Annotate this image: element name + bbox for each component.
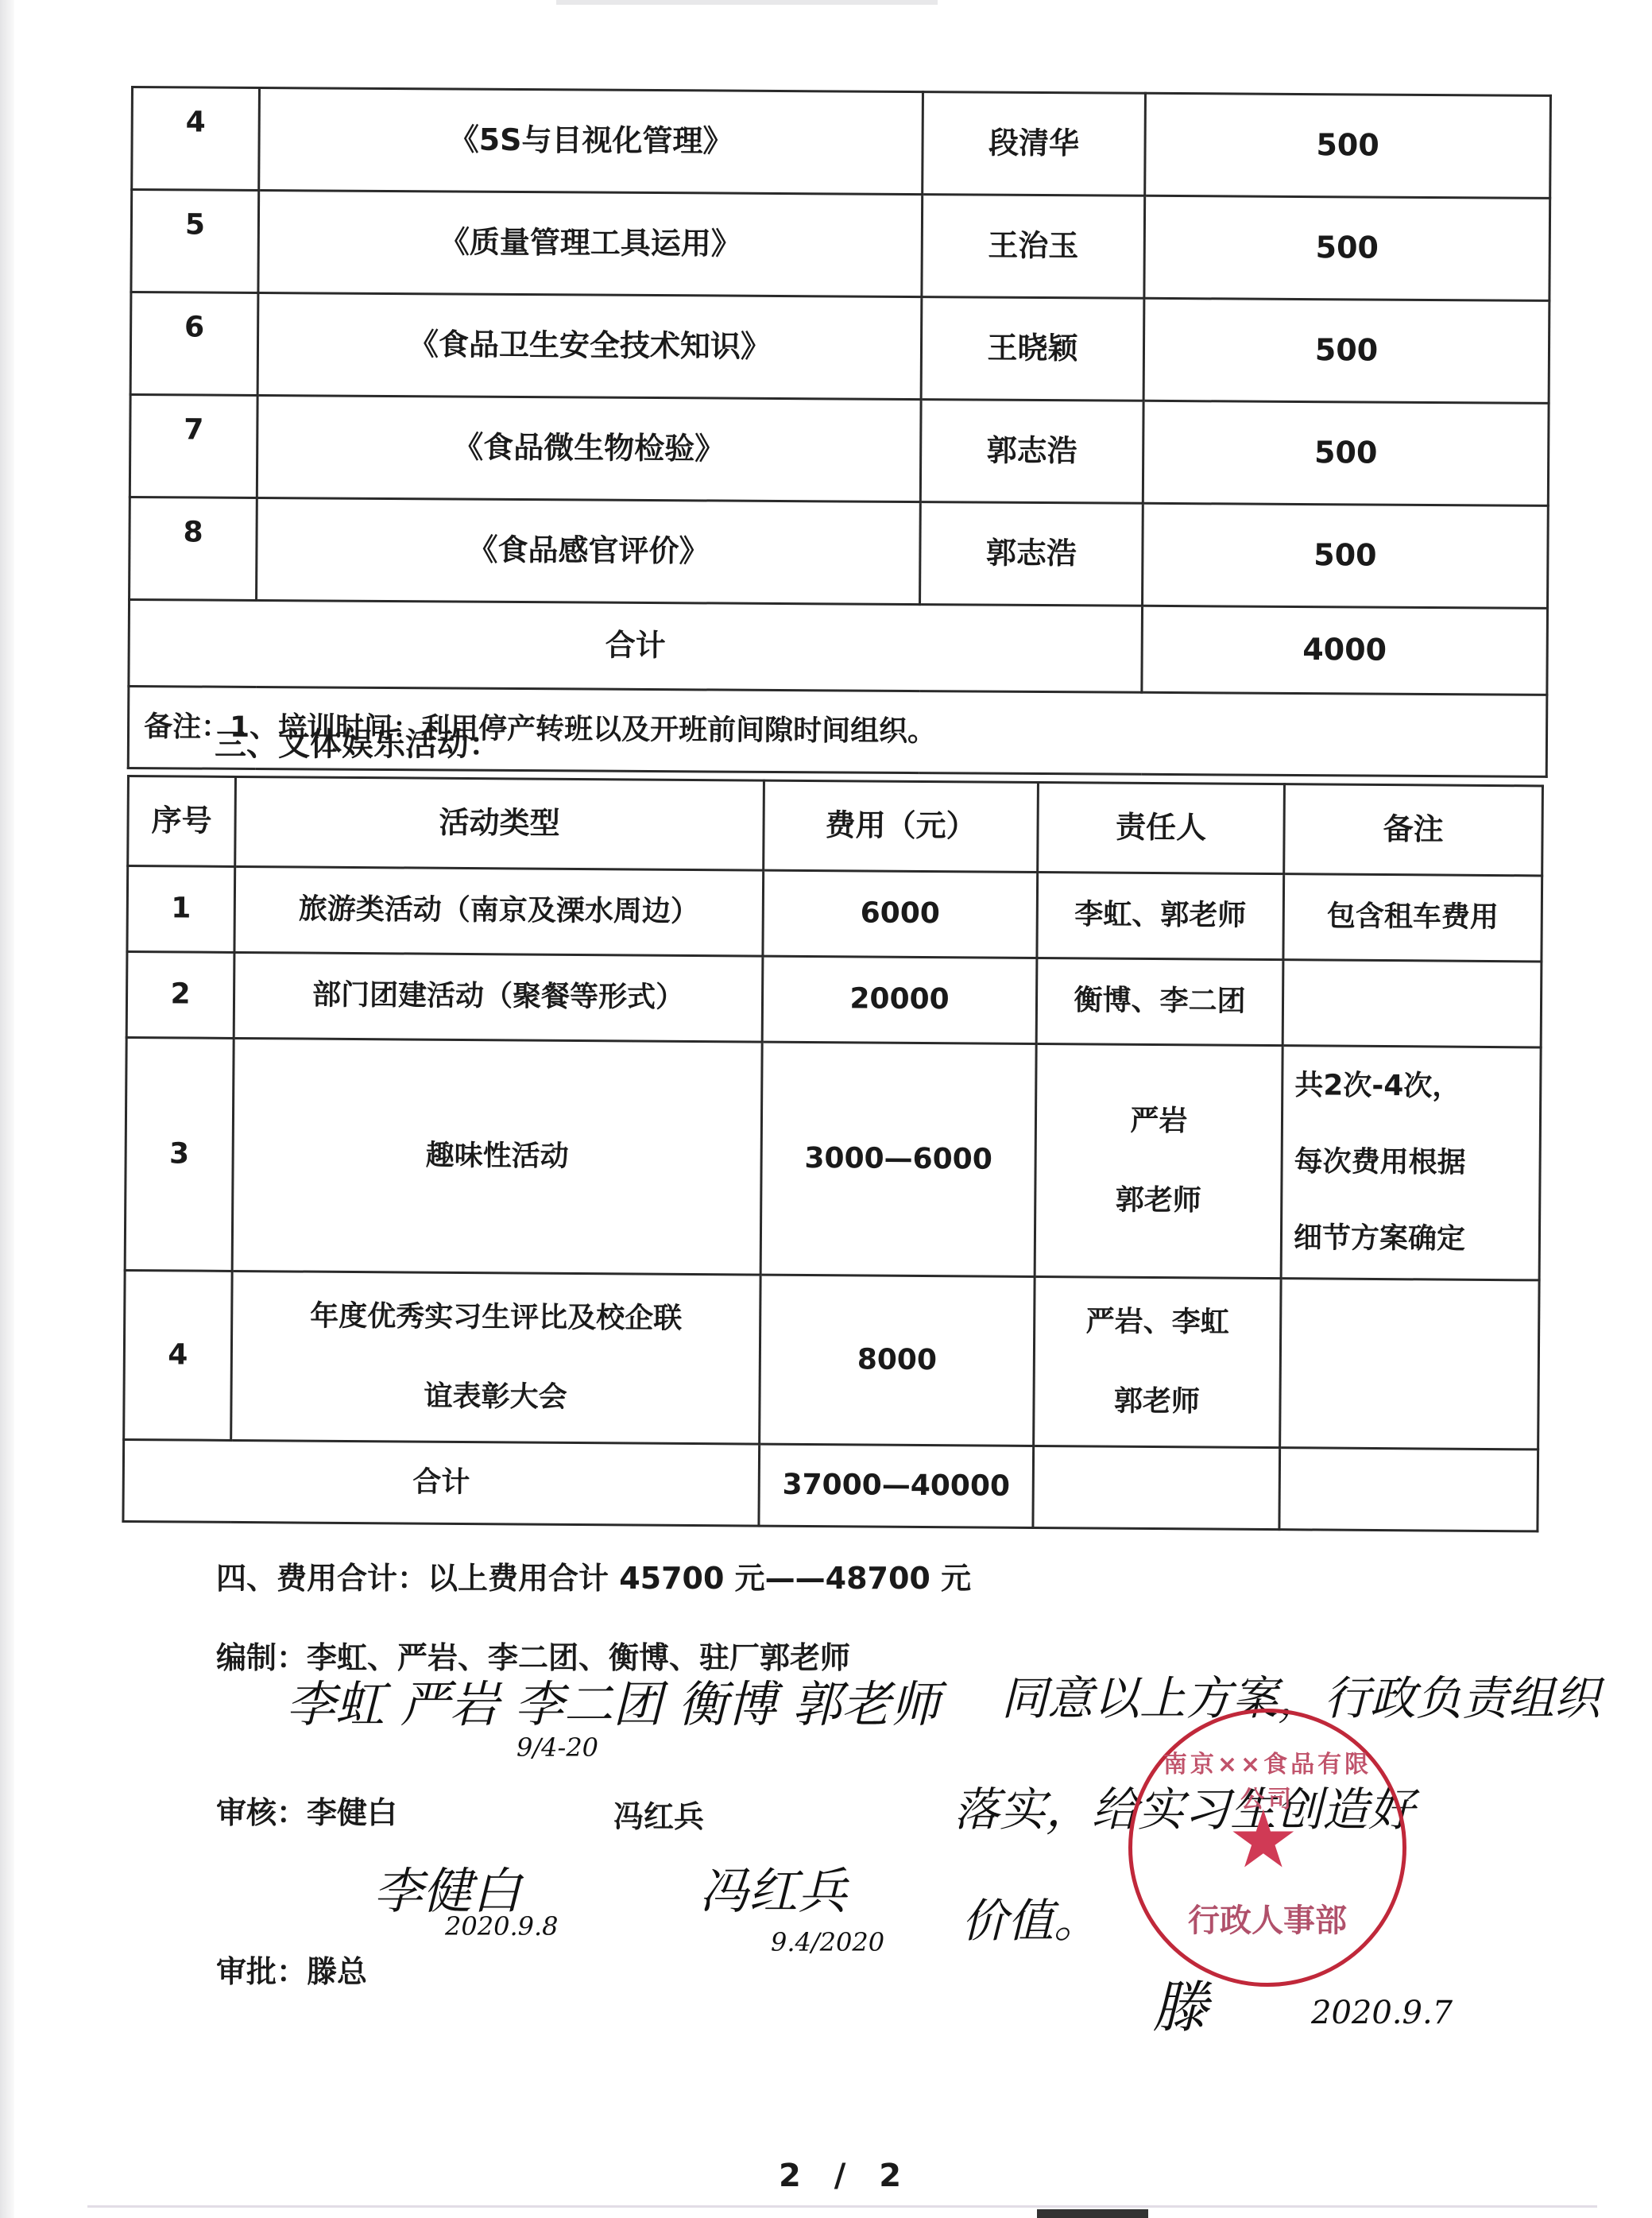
owner-line: 郭老师	[1036, 1160, 1281, 1241]
table-row: 8 《食品感官评价》 郭志浩 500	[130, 497, 1549, 608]
table-row: 1 旅游类活动（南京及溧水周边） 6000 李虹、郭老师 包含租车费用	[127, 866, 1542, 962]
activity-cost: 20000	[762, 956, 1037, 1043]
course-name: 《5S与目视化管理》	[259, 87, 923, 194]
table-row: 4 《5S与目视化管理》 段清华 500	[132, 87, 1551, 199]
activity-owner: 严岩、李虹 郭老师	[1034, 1276, 1281, 1447]
teacher-name: 王治玉	[922, 195, 1145, 299]
scan-bottom-mark	[1037, 2209, 1148, 2218]
activity-type: 部门团建活动（聚餐等形式）	[234, 952, 763, 1042]
teacher-name: 郭志浩	[920, 502, 1143, 606]
approved-by: 审批：滕总	[216, 1947, 367, 1991]
page-number: 2 / 2	[779, 2158, 912, 2194]
course-name: 《食品卫生安全技术知识》	[257, 292, 922, 399]
header-row: 序号 活动类型 费用（元） 责任人 备注	[128, 776, 1543, 876]
header-type: 活动类型	[235, 776, 764, 870]
activity-remark: 包含租车费用	[1283, 874, 1542, 962]
row-number: 1	[127, 866, 235, 953]
activity-remark: 共2次-4次， 每次费用根据 细节方案确定	[1281, 1046, 1541, 1280]
activity-owner: 衡博、李二团	[1036, 958, 1283, 1045]
stamp-department: 行政人事部	[1180, 1895, 1355, 1941]
row-number: 2	[126, 952, 234, 1039]
remark-line: 共2次-4次，	[1294, 1047, 1540, 1125]
course-name: 《质量管理工具运用》	[258, 190, 923, 296]
empty-cell	[1033, 1446, 1280, 1529]
empty-cell	[1279, 1448, 1538, 1531]
row-number: 5	[131, 190, 259, 293]
course-amount: 500	[1145, 93, 1551, 198]
course-name: 《食品感官评价》	[257, 497, 921, 604]
course-amount: 500	[1143, 401, 1549, 505]
total-row: 合计 37000—40000	[123, 1439, 1538, 1531]
type-line: 谊表彰大会	[232, 1356, 759, 1439]
row-number: 6	[130, 292, 258, 396]
course-amount: 500	[1144, 195, 1550, 300]
teacher-name: 王晓颖	[921, 297, 1144, 401]
scan-top-mark	[556, 0, 938, 5]
reviewer2-name: 冯红兵	[613, 1792, 704, 1836]
owner-line: 严岩	[1037, 1081, 1282, 1162]
table-row: 2 部门团建活动（聚餐等形式） 20000 衡博、李二团	[126, 952, 1542, 1047]
total-amount: 4000	[1142, 606, 1548, 695]
training-cost-table: 4 《5S与目视化管理》 段清华 500 5 《质量管理工具运用》 王治玉 50…	[127, 86, 1552, 778]
teacher-name: 郭志浩	[920, 400, 1143, 504]
table-row: 3 趣味性活动 3000—6000 严岩 郭老师 共2次-4次， 每次费用根据 …	[125, 1038, 1541, 1280]
activity-cost: 8000	[760, 1275, 1035, 1446]
header-cost: 费用（元）	[764, 780, 1039, 872]
row-number: 7	[130, 395, 257, 498]
star-icon: ★	[1228, 1800, 1299, 1879]
activity-cost: 6000	[763, 870, 1038, 958]
total-cost: 37000—40000	[759, 1444, 1034, 1527]
header-no: 序号	[128, 776, 236, 867]
table-row: 6 《食品卫生安全技术知识》 王晓颖 500	[130, 292, 1549, 404]
activity-type: 旅游类活动（南京及溧水周边）	[234, 866, 764, 956]
table-row: 7 《食品微生物检验》 郭志浩 500	[130, 395, 1549, 506]
activity-type: 趣味性活动	[232, 1038, 762, 1275]
handwritten-approver-date: 2020.9.7	[1311, 1995, 1453, 2031]
activity-remark	[1280, 1279, 1539, 1450]
handwritten-reviewer2-date: 9.4/2020	[771, 1927, 884, 1957]
handwritten-reviewer-date: 2020.9.8	[445, 1911, 559, 1941]
recreation-activities-table: 序号 活动类型 费用（元） 责任人 备注 1 旅游类活动（南京及溧水周边） 60…	[122, 775, 1544, 1532]
remark-line: 细节方案确定	[1294, 1200, 1539, 1278]
teacher-name: 段清华	[923, 92, 1146, 196]
owner-line: 郭老师	[1035, 1361, 1279, 1442]
handwritten-prepared-signatures: 李虹 严岩 李二团 衡博 郭老师	[286, 1665, 940, 1736]
row-number: 3	[125, 1038, 234, 1272]
activity-cost: 3000—6000	[760, 1042, 1036, 1276]
handwritten-reviewer2-signature: 冯红兵	[699, 1852, 847, 1922]
handwritten-comment-line3: 价值。	[961, 1883, 1100, 1950]
activity-owner: 严岩 郭老师	[1035, 1043, 1283, 1278]
reviewed-by: 审核：李健白	[216, 1788, 397, 1832]
total-label: 合计	[123, 1439, 760, 1526]
activity-owner: 李虹、郭老师	[1037, 873, 1284, 960]
total-label: 合计	[129, 599, 1143, 692]
course-amount: 500	[1143, 503, 1549, 608]
company-seal-stamp: 南京××食品有限公司 ★ 行政人事部	[1128, 1709, 1406, 1987]
course-amount: 500	[1143, 298, 1549, 403]
scan-edge-shadow	[0, 0, 14, 2218]
header-remark: 备注	[1284, 784, 1543, 876]
row-number: 4	[132, 87, 260, 191]
section4-cost-total: 四、费用合计：以上费用合计 45700 元——48700 元	[216, 1554, 971, 1597]
row-number: 8	[130, 497, 257, 600]
activity-remark	[1283, 960, 1542, 1047]
total-row: 合计 4000	[129, 599, 1548, 695]
handwritten-prepared-date: 9/4-20	[516, 1732, 598, 1763]
section-heading-recreation: 三、文体娱乐活动：	[215, 719, 501, 764]
type-line: 年度优秀实习生评比及校企联	[233, 1276, 760, 1360]
activity-type: 年度优秀实习生评比及校企联 谊表彰大会	[231, 1271, 760, 1444]
page-bottom-edge	[87, 2205, 1597, 2208]
course-name: 《食品微生物检验》	[257, 395, 921, 501]
table-row: 5 《质量管理工具运用》 王治玉 500	[131, 190, 1550, 301]
row-number: 4	[124, 1270, 232, 1440]
header-owner: 责任人	[1038, 783, 1285, 874]
owner-line: 严岩、李虹	[1035, 1282, 1280, 1363]
remark-line: 每次费用根据	[1294, 1124, 1539, 1202]
table-row: 4 年度优秀实习生评比及校企联 谊表彰大会 8000 严岩、李虹 郭老师	[124, 1270, 1539, 1449]
handwritten-approver-signature: 滕	[1152, 1963, 1208, 2043]
